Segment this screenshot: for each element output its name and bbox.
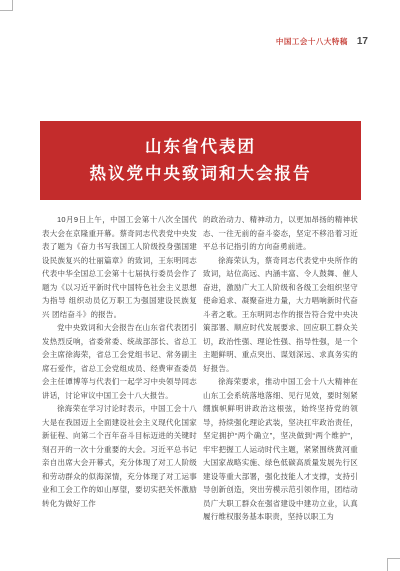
bottom-right-crop-mark [387, 558, 400, 571]
left-column: 10月9日上午，中国工会第十八次全国代表大会在京隆重开幕。蔡奇同志代表党中央发表… [42, 213, 197, 524]
running-header: 中国工会十八大特稿 17 [276, 36, 368, 47]
right-column: 的政治动力、精神动力，以更加昂扬的精神状态、一往无前的奋斗姿态，坚定不移沿着习近… [203, 213, 358, 524]
paragraph: 徐海荣在学习讨论时表示，中国工会十八大是在我国迈上全面建设社会主义现代化国家新征… [42, 402, 197, 510]
paragraph: 党中央致词和大会报告在山东省代表团引发热烈反响，省委常委、统战部部长、省总工会主… [42, 321, 197, 402]
top-left-crop-mark [0, 0, 13, 11]
article-title-line-2: 热议党中央致词和大会报告 [40, 161, 361, 188]
paragraph: 徐海荣要求，推动中国工会十八大精神在山东工会系统落地落细、见行见效，要时刻紧绷旗… [203, 375, 358, 524]
magazine-page: 中国工会十八大特稿 17 山东省代表团 热议党中央致词和大会报告 10月9日上午… [0, 0, 400, 571]
paragraph: 10月9日上午，中国工会第十八次全国代表大会在京隆重开幕。蔡奇同志代表党中央发表… [42, 213, 197, 321]
paragraph-continuation: 的政治动力、精神动力，以更加昂扬的精神状态、一往无前的奋斗姿态，坚定不移沿着习近… [203, 213, 358, 254]
paragraph: 徐海荣认为，蔡奇同志代表党中央所作的致词，站位高远、内涵丰富、令人鼓舞、催人奋进… [203, 254, 358, 376]
section-label: 中国工会十八大特稿 [276, 36, 348, 47]
article-title-line-1: 山东省代表团 [40, 134, 361, 161]
page-number: 17 [357, 36, 368, 47]
article-title-banner: 山东省代表团 热议党中央致词和大会报告 [40, 121, 361, 200]
article-body: 10月9日上午，中国工会第十八次全国代表大会在京隆重开幕。蔡奇同志代表党中央发表… [42, 213, 358, 524]
